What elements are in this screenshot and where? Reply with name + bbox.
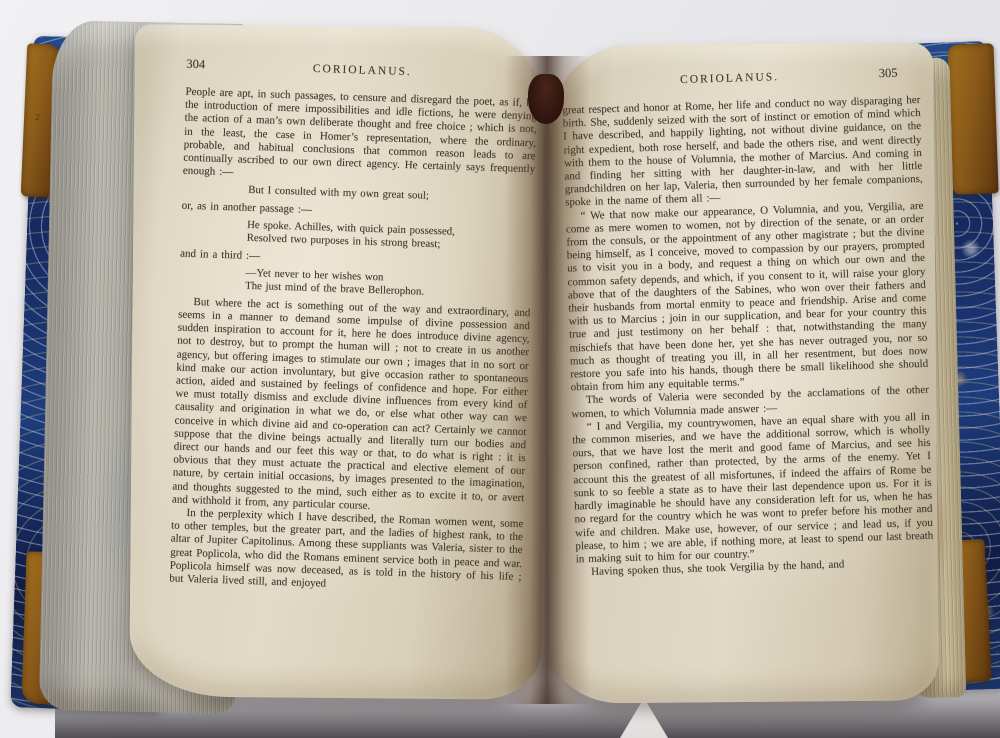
right-running-head: CORIOLANUS. bbox=[603, 69, 855, 88]
right-page-header: CORIOLANUS. 305 bbox=[561, 65, 919, 91]
right-page-number: 305 bbox=[855, 65, 919, 82]
left-page-header: 304 CORIOLANUS. bbox=[186, 57, 538, 84]
leather-corner-mark: 2 bbox=[35, 112, 40, 122]
left-page-text: 304 CORIOLANUS. People are apt, in such … bbox=[169, 57, 538, 598]
right-page-text: CORIOLANUS. 305 great respect and honor … bbox=[561, 65, 934, 580]
gutter-light-triangle bbox=[620, 698, 668, 738]
spine-notch bbox=[528, 74, 564, 124]
paragraph: But where the act is something out of th… bbox=[172, 295, 531, 518]
paragraph: In the perplexity which I have described… bbox=[169, 506, 523, 597]
paragraph: “ I and Vergilia, my countrywomen, have … bbox=[572, 411, 934, 567]
right-page-paragraphs: great respect and honor at Rome, her lif… bbox=[562, 94, 934, 580]
right-top-leather-corner bbox=[947, 43, 998, 195]
left-page-paragraphs: People are apt, in such passages, to cen… bbox=[169, 86, 537, 598]
paragraph: great respect and honor at Rome, her lif… bbox=[562, 94, 923, 210]
paragraph: “ We that now make our appearance, O Vol… bbox=[565, 200, 928, 395]
left-running-head: CORIOLANUS. bbox=[228, 60, 496, 81]
photo-open-book: 2 304 CORIOLANUS. People are apt, in suc… bbox=[0, 0, 1000, 738]
gutter-shadow bbox=[504, 56, 590, 704]
left-page-number: 304 bbox=[186, 57, 228, 73]
paragraph: People are apt, in such passages, to cen… bbox=[183, 86, 538, 190]
right-page: CORIOLANUS. 305 great respect and honor … bbox=[545, 42, 939, 703]
left-page: 304 CORIOLANUS. People are apt, in such … bbox=[129, 24, 547, 700]
